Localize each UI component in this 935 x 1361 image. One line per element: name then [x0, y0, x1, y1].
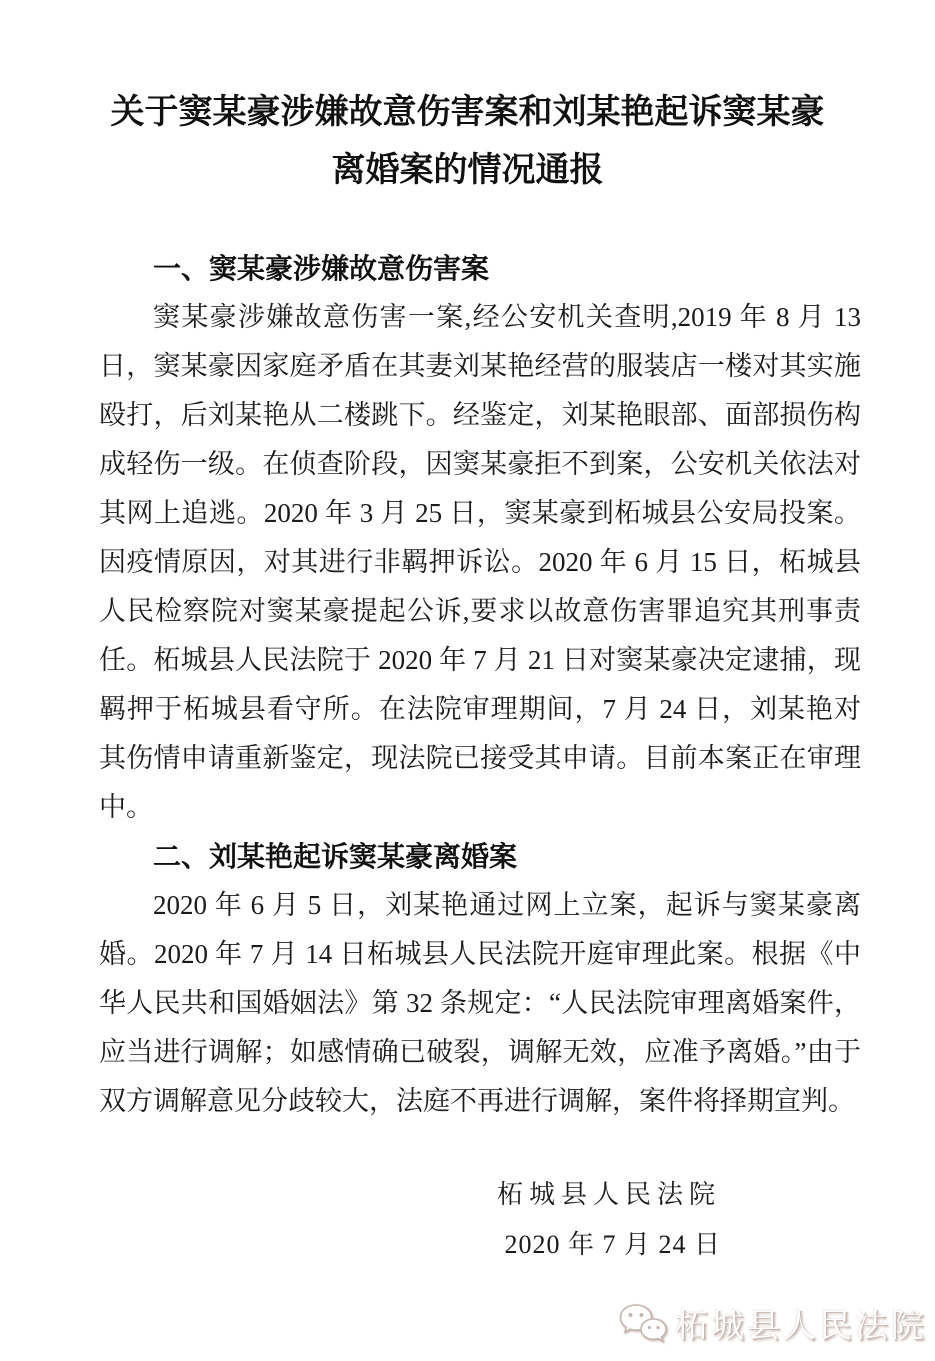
- document-page: 关于窦某豪涉嫌故意伤害案和刘某艳起诉窦某豪 离婚案的情况通报 一、窦某豪涉嫌故意…: [0, 0, 935, 1361]
- signature-block: 柘城县人民法院 2020 年 7 月 24 日: [99, 1170, 861, 1270]
- section-2-heading: 二、刘某艳起诉窦某豪离婚案: [99, 832, 861, 881]
- document-title: 关于窦某豪涉嫌故意伤害案和刘某艳起诉窦某豪 离婚案的情况通报: [78, 84, 858, 200]
- wechat-icon: [617, 1302, 667, 1346]
- section-1-heading: 一、窦某豪涉嫌故意伤害案: [99, 244, 861, 293]
- signature-date: 2020 年 7 月 24 日: [99, 1220, 721, 1270]
- wechat-account-name: 柘城县人民法院: [675, 1300, 927, 1347]
- wechat-watermark: 柘城县人民法院: [617, 1300, 927, 1347]
- document-title-line-1: 关于窦某豪涉嫌故意伤害案和刘某艳起诉窦某豪: [78, 84, 858, 142]
- section-2-paragraph: 2020 年 6 月 5 日，刘某艳通过网上立案，起诉与窦某豪离婚。2020 年…: [99, 881, 861, 1126]
- section-1-paragraph: 窦某豪涉嫌故意伤害一案,经公安机关查明,2019 年 8 月 13 日，窦某豪因…: [99, 293, 861, 832]
- signature-issuer: 柘城县人民法院: [99, 1170, 721, 1220]
- document-body: 一、窦某豪涉嫌故意伤害案 窦某豪涉嫌故意伤害一案,经公安机关查明,2019 年 …: [99, 244, 861, 1270]
- document-title-line-2: 离婚案的情况通报: [78, 142, 858, 200]
